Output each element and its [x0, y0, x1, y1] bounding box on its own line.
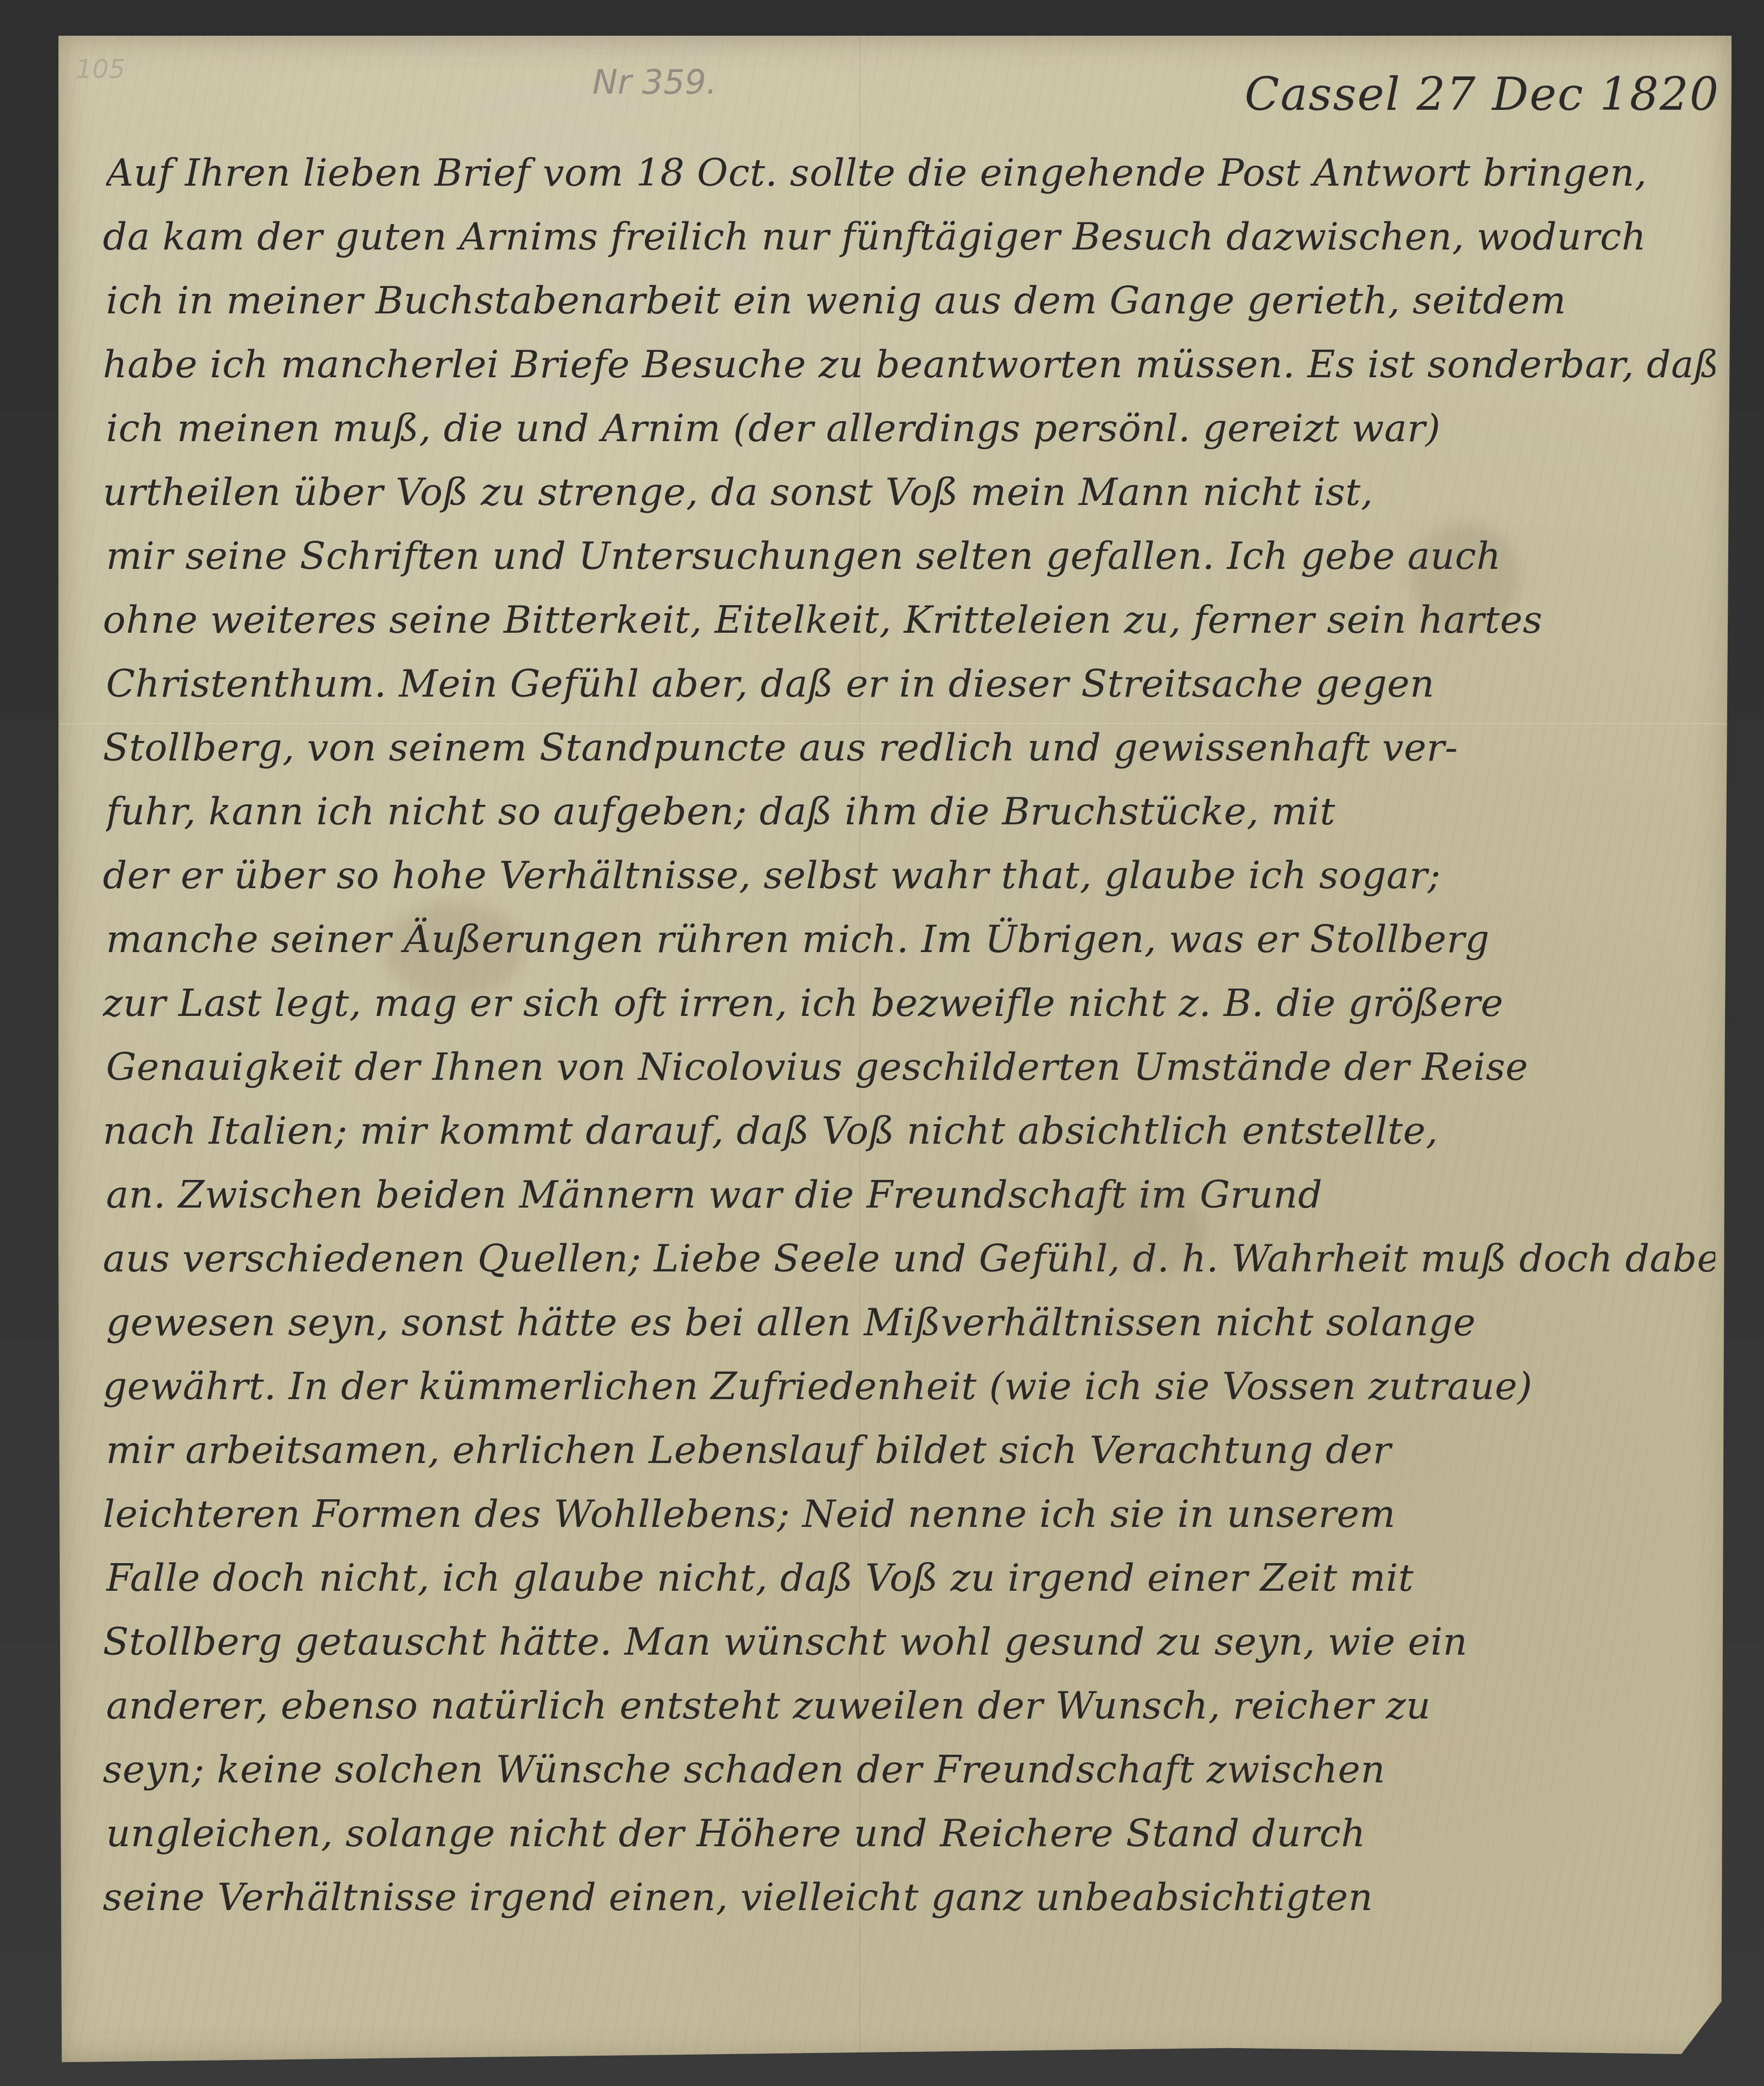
- letter-line: ohne weiteres seine Bitterkeit, Eitelkei…: [103, 588, 1715, 652]
- letter-line: an. Zwischen beiden Männern war die Freu…: [106, 1163, 1719, 1226]
- letter-line: manche seiner Äußerungen rühren mich. Im…: [106, 907, 1719, 971]
- letter-line: Christenthum. Mein Gefühl aber, daß er i…: [106, 652, 1719, 716]
- letter-line: ungleichen, solange nicht der Höhere und…: [106, 1801, 1719, 1865]
- letter-line: Genauigkeit der Ihnen von Nicolovius ges…: [106, 1035, 1719, 1099]
- letter-line: urtheilen über Voß zu strenge, da sonst …: [103, 460, 1715, 524]
- archive-number: Nr 359.: [593, 62, 717, 102]
- letter-line: zur Last legt, mag er sich oft irren, ic…: [103, 971, 1715, 1035]
- letter-line: seine Verhältnisse irgend einen, viellei…: [103, 1865, 1715, 1929]
- letter-line: gewährt. In der kümmerlichen Zufriedenhe…: [103, 1354, 1715, 1418]
- letter-line: nach Italien; mir kommt darauf, daß Voß …: [103, 1099, 1715, 1163]
- archive-pencil-mark-faint: 105: [76, 54, 126, 84]
- letter-line: Auf Ihren lieben Brief vom 18 Oct. sollt…: [106, 141, 1719, 205]
- letter-line: habe ich mancherlei Briefe Besuche zu be…: [103, 332, 1715, 396]
- letter-line: gewesen seyn, sonst hätte es bei allen M…: [106, 1290, 1719, 1354]
- letter-line: seyn; keine solchen Wünsche schaden der …: [103, 1737, 1715, 1801]
- letter-line: ich meinen muß, die und Arnim (der aller…: [106, 396, 1719, 460]
- letter-line: fuhr, kann ich nicht so aufgeben; daß ih…: [106, 779, 1719, 843]
- letter-line: leichteren Formen des Wohllebens; Neid n…: [103, 1482, 1715, 1546]
- letter-line: Stollberg getauscht hätte. Man wünscht w…: [103, 1610, 1715, 1674]
- letter-line: Stollberg, von seinem Standpuncte aus re…: [103, 716, 1715, 779]
- letter-line: anderer, ebenso natürlich entsteht zuwei…: [106, 1674, 1719, 1737]
- letter-line: mir seine Schriften und Untersuchungen s…: [106, 524, 1719, 588]
- letter-line: Falle doch nicht, ich glaube nicht, daß …: [106, 1546, 1719, 1610]
- letter-body: Auf Ihren lieben Brief vom 18 Oct. sollt…: [103, 141, 1715, 1929]
- letter-line: da kam der guten Arnims freilich nur fün…: [103, 205, 1715, 268]
- letter-line: aus verschiedenen Quellen; Liebe Seele u…: [103, 1226, 1715, 1290]
- letter-line: der er über so hohe Verhältnisse, selbst…: [103, 843, 1715, 907]
- letter-dateline: Cassel 27 Dec 1820: [1245, 68, 1720, 121]
- letter-line: ich in meiner Buchstabenarbeit ein wenig…: [106, 268, 1719, 332]
- letter-line: mir arbeitsamen, ehrlichen Lebenslauf bi…: [106, 1418, 1719, 1482]
